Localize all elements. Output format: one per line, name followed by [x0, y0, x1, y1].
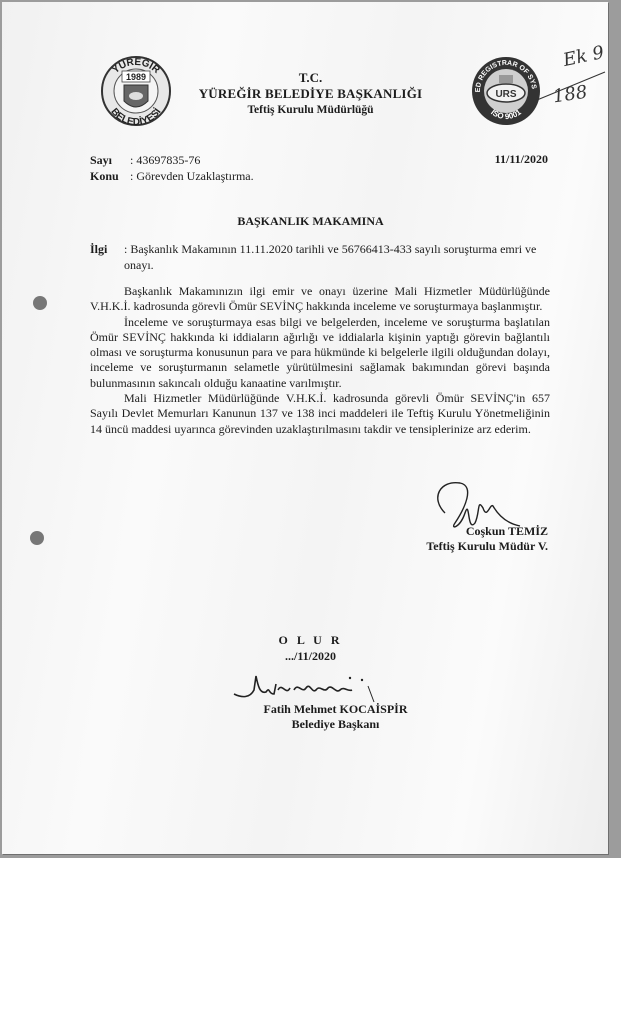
handwritten-annotation: Ek 9 188	[535, 42, 615, 117]
urs-iso-9001-logo: UNITED REGISTRAR OF SYSTEMS ISO 9001 URS	[470, 55, 542, 127]
svg-text:URS: URS	[495, 89, 516, 100]
body-paragraph: Mali Hizmetler Müdürlüğünde V.H.K.İ. kad…	[90, 391, 550, 437]
sayi-row: Sayı: 43697835-76	[90, 152, 254, 168]
reference: İlgi : Başkanlık Makamının 11.11.2020 ta…	[90, 241, 560, 273]
signatory-block: Coşkun TEMİZ Teftiş Kurulu Müdür V.	[400, 524, 548, 554]
konu-row: Konu: Görevden Uzaklaştırma.	[90, 168, 254, 184]
mayor-title: Belediye Başkanı	[50, 717, 621, 732]
letter-body: Başkanlık Makamınızın ilgi emir ve onayı…	[90, 284, 550, 437]
signatory-name: Coşkun TEMİZ	[400, 524, 548, 539]
signatory-title: Teftiş Kurulu Müdür V.	[400, 539, 548, 554]
body-paragraph: Başkanlık Makamınızın ilgi emir ve onayı…	[90, 284, 550, 315]
approval-date: .../11/2020	[0, 648, 621, 664]
punch-hole	[33, 296, 47, 310]
document-meta: Sayı: 43697835-76 Konu: Görevden Uzaklaş…	[90, 152, 254, 184]
punch-hole	[30, 531, 44, 545]
approval-block: O L U R .../11/2020	[0, 632, 621, 664]
mayor-signature-scribble	[232, 672, 382, 704]
mayor-name: Fatih Mehmet KOCAİSPİR	[50, 702, 621, 717]
addressee: BAŞKANLIK MAKAMINA	[0, 214, 621, 229]
document-date: 11/11/2020	[470, 152, 548, 167]
approval-label: O L U R	[0, 632, 621, 648]
body-paragraph: İnceleme ve soruşturmaya esas bilgi ve b…	[90, 315, 550, 391]
mayor-block: Fatih Mehmet KOCAİSPİR Belediye Başkanı	[0, 702, 621, 732]
